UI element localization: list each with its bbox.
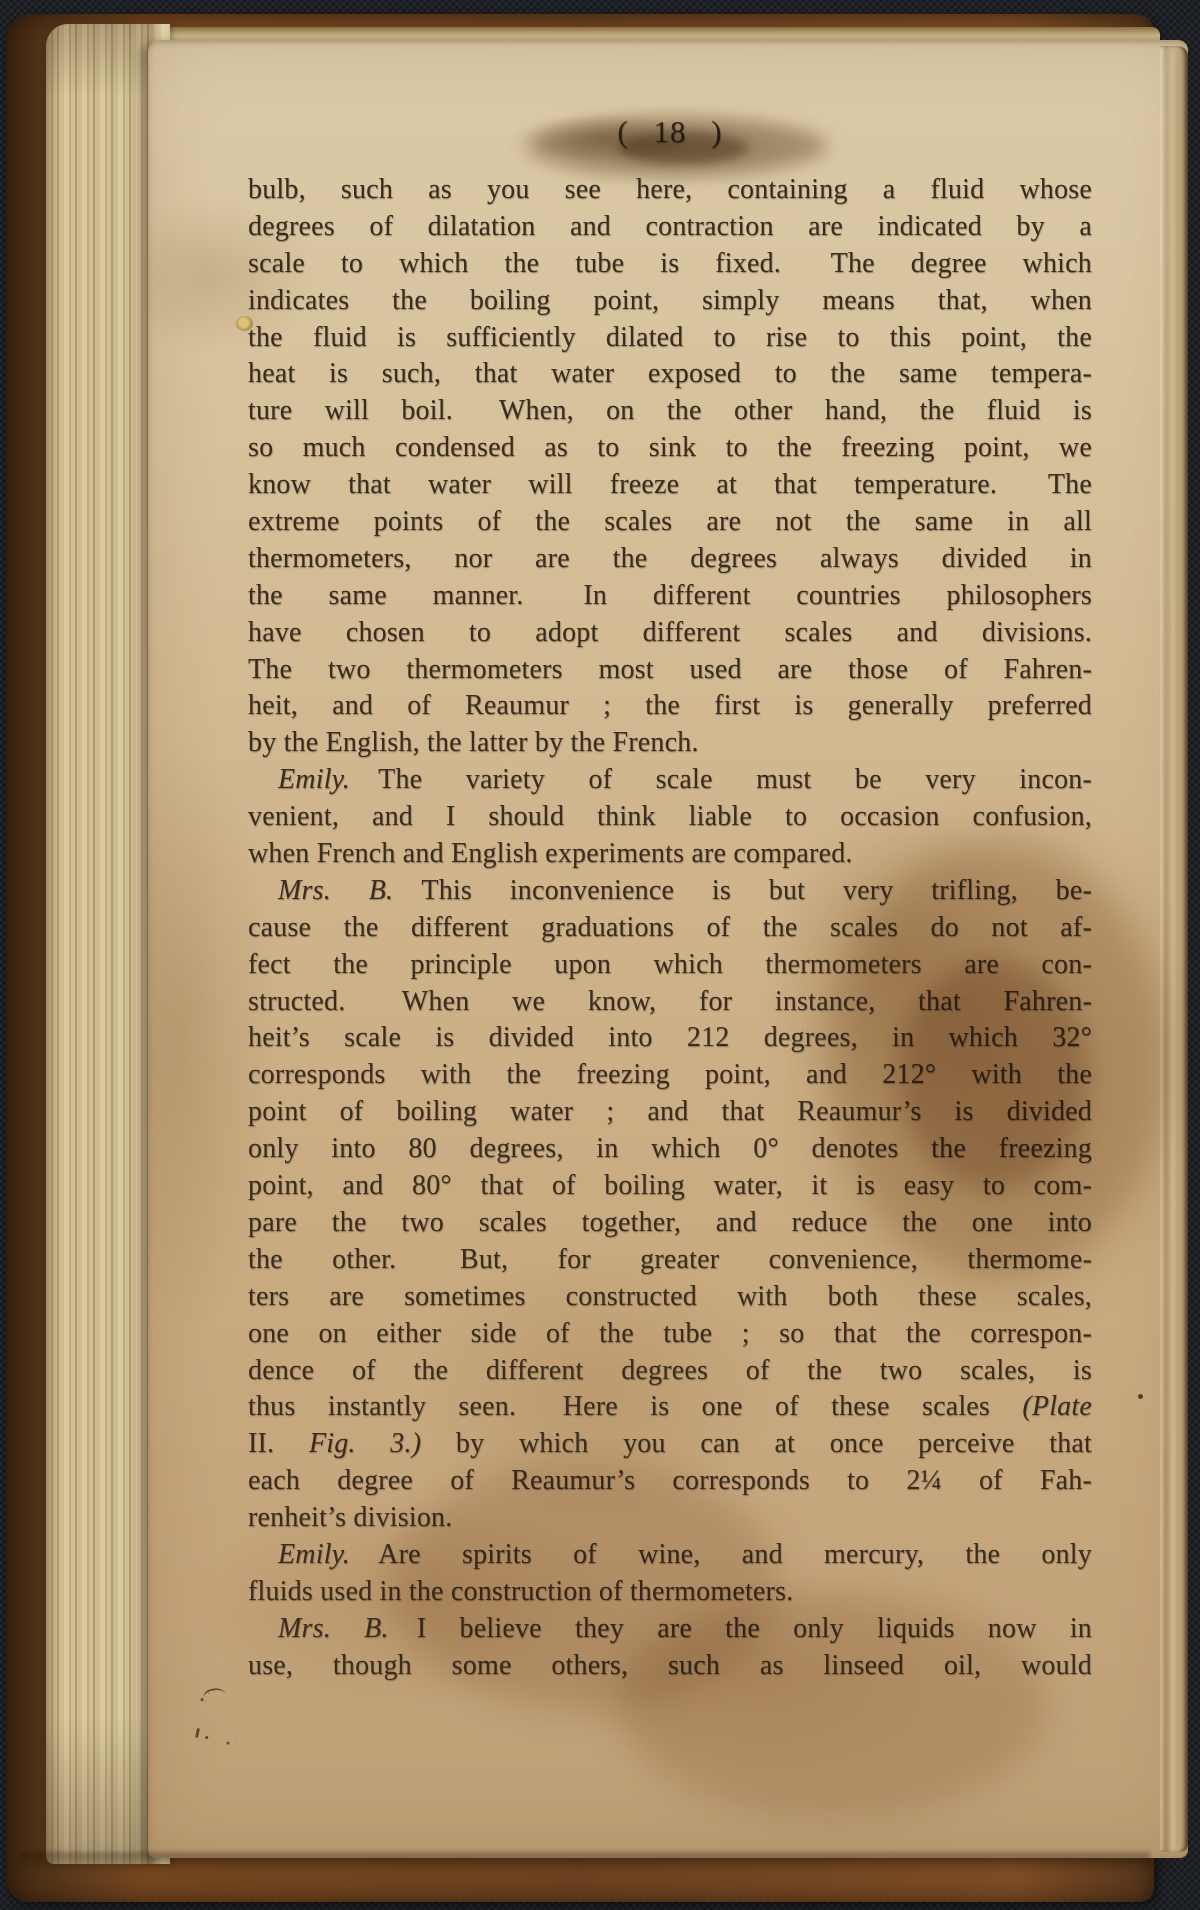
text-line: structed. When we know, for instance, th…	[248, 984, 1092, 1021]
body-text: one on either side of the tube ; so that…	[248, 1318, 1092, 1349]
body-text: I believe they are the only liquids now …	[389, 1613, 1092, 1644]
body-text: This inconvenience is but very trifling,…	[393, 875, 1092, 906]
text-line: one on either side of the tube ; so that…	[248, 1316, 1092, 1353]
body-text: the same manner. In different countries …	[248, 580, 1092, 611]
text-line: ters are sometimes constructed with both…	[248, 1279, 1092, 1316]
body-text: point, and 80° that of boiling water, it…	[248, 1170, 1092, 1201]
body-text: heit’s scale is divided into 212 degrees…	[248, 1022, 1092, 1053]
body-text: by the English, the latter by the French…	[248, 727, 699, 758]
text-line: renheit’s division.	[248, 1500, 1092, 1537]
text-line: so much condensed as to sink to the free…	[248, 430, 1092, 467]
text-line: use, though some others, such as linseed…	[248, 1648, 1092, 1685]
body-text: scale to which the tube is fixed. The de…	[248, 248, 1092, 279]
text-line: Mrs. B. I believe they are the only liqu…	[248, 1611, 1092, 1648]
body-text: ters are sometimes constructed with both…	[248, 1281, 1092, 1312]
body-text: use, though some others, such as linseed…	[248, 1650, 1092, 1681]
text-line: know that water will freeze at that temp…	[248, 467, 1092, 504]
italic-text: Emily.	[278, 764, 350, 795]
body-text: heat is such, that water exposed to the …	[248, 358, 1092, 389]
text-line: ture will boil. When, on the other hand,…	[248, 393, 1092, 430]
text-line: fluids used in the construction of therm…	[248, 1574, 1092, 1611]
text-line: pare the two scales together, and reduce…	[248, 1205, 1092, 1242]
text-line: heit’s scale is divided into 212 degrees…	[248, 1020, 1092, 1057]
text-line: the fluid is sufficiently dilated to ris…	[248, 320, 1092, 357]
body-text: point of boiling water ; and that Reaumu…	[248, 1096, 1092, 1127]
body-text: thus instantly seen. Here is one of thes…	[248, 1391, 1022, 1422]
page-bottom-shadow	[20, 1852, 1150, 1876]
italic-text: Mrs. B.	[278, 875, 393, 906]
body-text: pare the two scales together, and reduce…	[248, 1207, 1092, 1238]
text-line: degrees of dilatation and contraction ar…	[248, 209, 1092, 246]
text-line: corresponds with the freezing point, and…	[248, 1057, 1092, 1094]
text-line: Emily. The variety of scale must be very…	[248, 762, 1092, 799]
ink-mark	[202, 1685, 228, 1707]
text-line: thermometers, nor are the degrees always…	[248, 541, 1092, 578]
italic-text: Fig. 3.)	[309, 1428, 421, 1459]
body-text: II.	[248, 1428, 309, 1459]
body-text: indicates the boiling point, simply mean…	[248, 285, 1092, 316]
text-line: thus instantly seen. Here is one of thes…	[248, 1389, 1092, 1426]
body-text: degrees of dilatation and contraction ar…	[248, 211, 1092, 242]
page-number: ( 18 )	[248, 114, 1092, 158]
text-line: bulb, such as you see here, containing a…	[248, 172, 1092, 209]
body-text: fluids used in the construction of therm…	[248, 1576, 793, 1607]
body-text: The two thermometers most used are those…	[248, 654, 1092, 685]
book-page: ( 18 ) bulb, such as you see here, conta…	[148, 40, 1188, 1858]
text-line: indicates the boiling point, simply mean…	[248, 283, 1092, 320]
body-text: venient, and I should think liable to oc…	[248, 801, 1092, 832]
body-text: when French and English experiments are …	[248, 838, 853, 869]
text-line: heat is such, that water exposed to the …	[248, 356, 1092, 393]
paper-flaw-spot	[236, 316, 253, 331]
text-line: extreme points of the scales are not the…	[248, 504, 1092, 541]
text-line: by the English, the latter by the French…	[248, 725, 1092, 762]
body-text: have chosen to adopt different scales an…	[248, 617, 1092, 648]
text-line: when French and English experiments are …	[248, 836, 1092, 873]
body-text: corresponds with the freezing point, and…	[248, 1059, 1092, 1090]
body-text: fect the principle upon which thermomete…	[248, 949, 1092, 980]
body-text: by which you can at once perceive that	[421, 1428, 1092, 1459]
body-text: structed. When we know, for instance, th…	[248, 986, 1092, 1017]
body-text: heit, and of Reaumur ; the first is gene…	[248, 690, 1092, 721]
text-line: dence of the different degrees of the tw…	[248, 1353, 1092, 1390]
body-text: Are spirits of wine, and mercury, the on…	[350, 1539, 1092, 1570]
text-line: The two thermometers most used are those…	[248, 652, 1092, 689]
body-text: the other. But, for greater convenience,…	[248, 1244, 1092, 1275]
body-text: the fluid is sufficiently dilated to ris…	[248, 322, 1092, 353]
body-text: extreme points of the scales are not the…	[248, 506, 1092, 537]
ink-mark	[195, 1728, 200, 1738]
ink-speck	[954, 600, 958, 604]
text-line: the other. But, for greater convenience,…	[248, 1242, 1092, 1279]
ink-speck	[1138, 1394, 1143, 1399]
body-text: each degree of Reaumur’s corresponds to …	[248, 1465, 1092, 1496]
body-text: The variety of scale must be very incon-	[350, 764, 1092, 795]
text-line: venient, and I should think liable to oc…	[248, 799, 1092, 836]
text-line: point of boiling water ; and that Reaumu…	[248, 1094, 1092, 1131]
body-text: thermometers, nor are the degrees always…	[248, 543, 1092, 574]
body-text: only into 80 degrees, in which 0° denote…	[248, 1133, 1092, 1164]
text-line: the same manner. In different countries …	[248, 578, 1092, 615]
body-text: cause the different graduations of the s…	[248, 912, 1092, 943]
italic-text: (Plate	[1022, 1391, 1092, 1422]
italic-text: Mrs. B.	[278, 1613, 389, 1644]
body-text: so much condensed as to sink to the free…	[248, 432, 1092, 463]
text-line: have chosen to adopt different scales an…	[248, 615, 1092, 652]
text-line: only into 80 degrees, in which 0° denote…	[248, 1131, 1092, 1168]
text-line: fect the principle upon which thermomete…	[248, 947, 1092, 984]
text-line: scale to which the tube is fixed. The de…	[248, 246, 1092, 283]
italic-text: Emily.	[278, 1539, 350, 1570]
text-line: each degree of Reaumur’s corresponds to …	[248, 1463, 1092, 1500]
text-line: II. Fig. 3.) by which you can at once pe…	[248, 1426, 1092, 1463]
text-block: bulb, such as you see here, containing a…	[248, 172, 1092, 1685]
text-line: cause the different graduations of the s…	[248, 910, 1092, 947]
body-text: ture will boil. When, on the other hand,…	[248, 395, 1092, 426]
text-line: Emily. Are spirits of wine, and mercury,…	[248, 1537, 1092, 1574]
text-line: point, and 80° that of boiling water, it…	[248, 1168, 1092, 1205]
text-line: heit, and of Reaumur ; the first is gene…	[248, 688, 1092, 725]
body-text: know that water will freeze at that temp…	[248, 469, 1092, 500]
text-line: Mrs. B. This inconvenience is but very t…	[248, 873, 1092, 910]
under-page-right-edge	[1160, 46, 1188, 1852]
body-text: renheit’s division.	[248, 1502, 452, 1533]
body-text: dence of the different degrees of the tw…	[248, 1355, 1092, 1386]
book-photo: ( 18 ) bulb, such as you see here, conta…	[0, 0, 1200, 1910]
body-text: bulb, such as you see here, containing a…	[248, 174, 1092, 205]
